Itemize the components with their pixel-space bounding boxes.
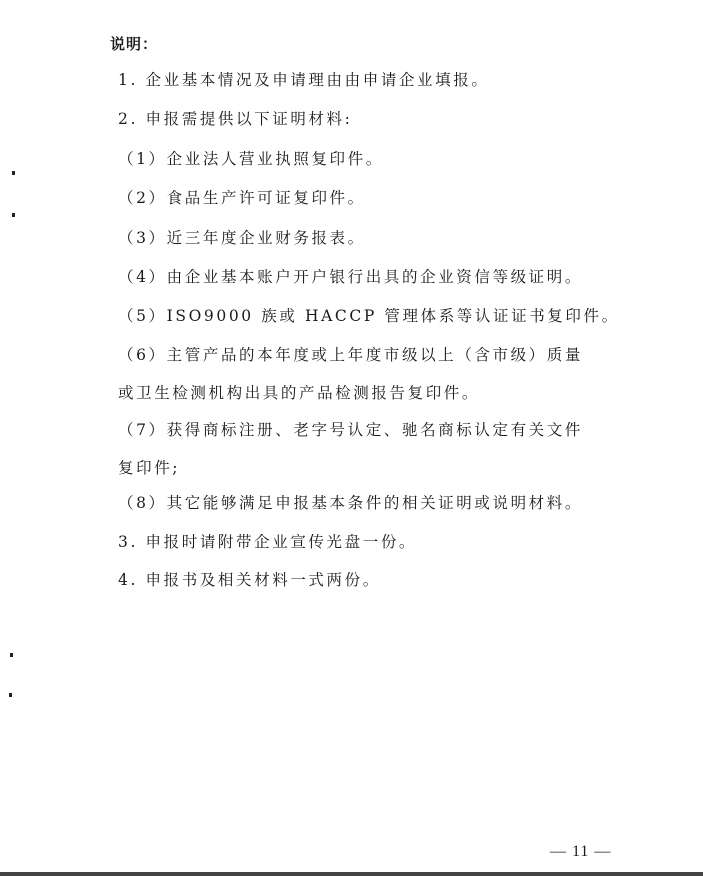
note-item-3: 3. 申报时请附带企业宣传光盘一份。 [118,530,417,552]
page-number: — 11 — [550,843,611,861]
material-item-5: （5）ISO9000 族或 HACCP 管理体系等认证证书复印件。 [118,304,620,326]
material-item-1: （1）企业法人营业执照复印件。 [118,147,384,169]
material-item-7: （7）获得商标注册、老字号认定、驰名商标认定有关文件 [118,418,583,440]
page-bottom-edge [0,872,703,876]
material-item-8: （8）其它能够满足申报基本条件的相关证明或说明材料。 [118,491,583,513]
material-item-2: （2）食品生产许可证复印件。 [118,186,366,208]
scan-mark [12,171,15,175]
notes-heading: 说明： [110,33,158,54]
note-item-2: 2. 申报需提供以下证明材料: [118,107,352,129]
material-item-6: （6）主管产品的本年度或上年度市级以上（含市级）质量 [118,343,583,365]
material-item-7-cont: 复印件; [118,456,180,478]
scan-mark [10,653,13,657]
note-item-1: 1. 企业基本情况及申请理由由申请企业填报。 [118,68,489,90]
material-item-6-cont: 或卫生检测机构出具的产品检测报告复印件。 [118,381,480,403]
scan-mark [9,693,12,697]
material-item-3: （3）近三年度企业财务报表。 [118,226,366,248]
material-item-4: （4）由企业基本账户开户银行出具的企业资信等级证明。 [118,265,583,287]
note-item-4: 4. 申报书及相关材料一式两份。 [118,568,381,590]
scan-mark [12,213,15,217]
